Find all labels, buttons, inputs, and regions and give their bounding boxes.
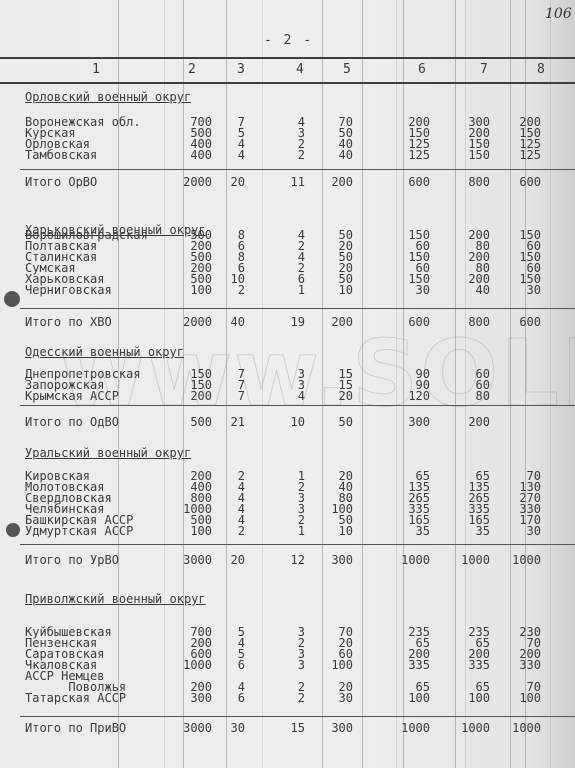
total-row: Итого по ХВО20004019200600800600 [0, 316, 575, 328]
column-header: 5 [343, 62, 351, 77]
cell-col-7: 80 [450, 390, 490, 402]
column-header: 7 [480, 62, 488, 77]
cell-col-3: 4 [205, 149, 245, 161]
total-label: Итого по ХВО [25, 316, 112, 328]
cell-col-6: 30 [390, 284, 430, 296]
column-header: 4 [296, 62, 304, 77]
cell-col-3: 7 [205, 390, 245, 402]
cell-col-5: 30 [313, 692, 353, 704]
column-header: 1 [92, 62, 100, 77]
table-row: Крымская АССР200742012080 [0, 390, 575, 402]
column-header: 8 [537, 62, 545, 77]
table-row: Татарская АССР3006230100100100 [0, 692, 575, 704]
cell-col-7: 35 [450, 525, 490, 537]
region-name: Крымская АССР [25, 390, 119, 402]
cell-col-8: 125 [501, 149, 541, 161]
total-row: Итого по УрВО30002012300100010001000 [0, 554, 575, 566]
table-row: Тамбовская4004240125150125 [0, 149, 575, 161]
cell-col-6: 100 [390, 692, 430, 704]
cell-col-5: 10 [313, 525, 353, 537]
cell-col-6: 600 [390, 176, 430, 188]
cell-col-7: 800 [450, 316, 490, 328]
header-bottom-rule [0, 82, 575, 84]
total-label: Итого по ПриВО [25, 722, 126, 734]
cell-col-4: 2 [265, 692, 305, 704]
cell-col-5: 300 [313, 554, 353, 566]
cell-col-6: 125 [390, 149, 430, 161]
cell-col-7: 200 [450, 416, 490, 428]
cell-col-4: 1 [265, 284, 305, 296]
cell-col-5: 40 [313, 149, 353, 161]
cell-col-5: 200 [313, 316, 353, 328]
cell-col-3: 40 [205, 316, 245, 328]
cell-col-5: 300 [313, 722, 353, 734]
column-header: 6 [418, 62, 426, 77]
archive-number: 106 [545, 6, 572, 22]
cell-col-8: 600 [501, 316, 541, 328]
cell-col-7: 150 [450, 149, 490, 161]
total-label: Итого ОрВО [25, 176, 97, 188]
punch-hole [6, 523, 20, 537]
region-name: Тамбовская [25, 149, 97, 161]
cell-col-6: 1000 [390, 722, 430, 734]
column-header: 2 [188, 62, 196, 77]
section-title: Одесский военный округ [25, 345, 184, 359]
column-header: 3 [237, 62, 245, 77]
cell-col-6: 600 [390, 316, 430, 328]
cell-col-3: 2 [205, 284, 245, 296]
cell-col-8: 600 [501, 176, 541, 188]
cell-col-5: 20 [313, 390, 353, 402]
section-rule [20, 169, 575, 170]
total-row: Итого по ОдВО500211050300200 [0, 416, 575, 428]
region-name: Татарская АССР [25, 692, 126, 704]
cell-col-8: 30 [501, 525, 541, 537]
cell-col-3: 6 [205, 692, 245, 704]
cell-col-8: 1000 [501, 722, 541, 734]
cell-col-4: 4 [265, 390, 305, 402]
punch-hole [4, 291, 20, 307]
cell-col-4: 2 [265, 149, 305, 161]
section-title: Орловский военный округ [25, 90, 191, 104]
cell-col-4: 11 [265, 176, 305, 188]
cell-col-3: 21 [205, 416, 245, 428]
cell-col-6: 300 [390, 416, 430, 428]
cell-col-7: 1000 [450, 722, 490, 734]
cell-col-5: 50 [313, 416, 353, 428]
section-rule [20, 716, 575, 717]
cell-col-8: 100 [501, 692, 541, 704]
cell-col-6: 35 [390, 525, 430, 537]
cell-col-6: 1000 [390, 554, 430, 566]
total-label: Итого по УрВО [25, 554, 119, 566]
cell-col-3: 20 [205, 176, 245, 188]
table-row: Черниговская1002110304030 [0, 284, 575, 296]
page-number: - 2 - [264, 33, 313, 48]
cell-col-4: 15 [265, 722, 305, 734]
cell-col-3: 30 [205, 722, 245, 734]
section-title: Приволжский военный округ [25, 592, 206, 606]
section-rule [20, 405, 575, 406]
section-title: Уральский военный округ [25, 446, 191, 460]
cell-col-3: 2 [205, 525, 245, 537]
cell-col-6: 120 [390, 390, 430, 402]
cell-col-3: 20 [205, 554, 245, 566]
section-rule [20, 308, 575, 309]
cell-col-5: 10 [313, 284, 353, 296]
cell-col-7: 1000 [450, 554, 490, 566]
cell-col-8: 30 [501, 284, 541, 296]
cell-col-7: 100 [450, 692, 490, 704]
total-label: Итого по ОдВО [25, 416, 119, 428]
header-top-rule [0, 57, 575, 59]
cell-col-4: 1 [265, 525, 305, 537]
total-row: Итого по ПриВО30003015300100010001000 [0, 722, 575, 734]
cell-col-5: 200 [313, 176, 353, 188]
cell-col-4: 10 [265, 416, 305, 428]
region-name: Удмуртская АССР [25, 525, 133, 537]
table-row: Удмуртская АССР1002110353530 [0, 525, 575, 537]
cell-col-7: 800 [450, 176, 490, 188]
cell-col-4: 12 [265, 554, 305, 566]
cell-col-8: 1000 [501, 554, 541, 566]
total-row: Итого ОрВО20002011200600800600 [0, 176, 575, 188]
cell-col-7: 40 [450, 284, 490, 296]
section-rule [20, 544, 575, 545]
cell-col-4: 19 [265, 316, 305, 328]
region-name: Черниговская [25, 284, 112, 296]
